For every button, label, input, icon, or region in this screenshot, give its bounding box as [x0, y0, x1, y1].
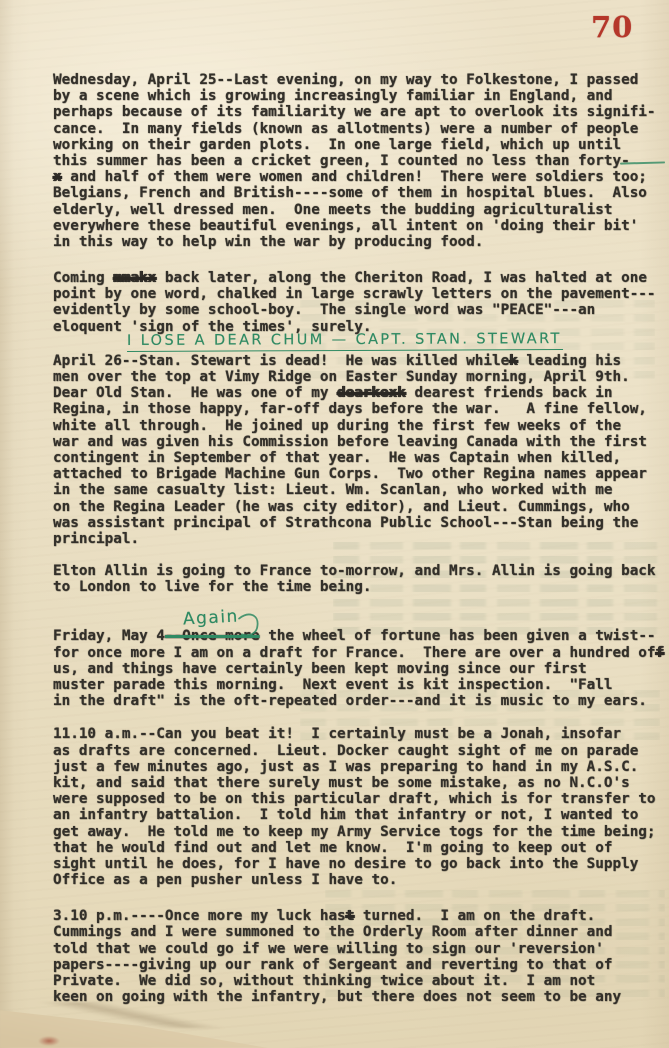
text-line: x and half of them were women and childr…	[53, 169, 665, 185]
overtyped-strikeout: f	[656, 645, 665, 661]
text-line: point by one word, chalked in large scra…	[53, 286, 665, 302]
text-line: perhaps because of its familiarity we ar…	[53, 104, 665, 120]
text-line: kit, and said that there surely must be …	[53, 775, 665, 791]
text-line: principal.	[53, 531, 665, 547]
paragraph: Coming mmakx back later, along the Cheri…	[53, 270, 665, 335]
text-line: as drafts are concerned. Lieut. Docker c…	[53, 743, 665, 759]
text-line: that he would find out and let me know. …	[53, 840, 665, 856]
overtyped-strikeout: mmakx	[113, 270, 156, 286]
typed-text: Wednesday, April 25--Last evening, on my…	[53, 72, 665, 1022]
text-line: to London to live for the time being.	[53, 579, 665, 595]
text-line: contingent in September of that year. He…	[53, 450, 665, 466]
text-line: 3.10 p.m.----Once more my luck hast turn…	[53, 908, 665, 924]
text-line: everywhere these beautiful evenings, all…	[53, 218, 665, 234]
diary-page: 70 Wednesday, April 25--Last evening, on…	[0, 0, 669, 1048]
text-line: Dear Old Stan. He was one of my dearkexk…	[53, 385, 665, 401]
paragraph: 11.10 a.m.--Can you beat it! I certainly…	[53, 726, 665, 888]
text-line: on the Regina Leader (he was city editor…	[53, 499, 665, 515]
pen-swoosh-icon	[237, 609, 269, 643]
text-line: us, and things have certainly been kept …	[53, 661, 665, 677]
text-line: was assistant principal of Strathcona Pu…	[53, 515, 665, 531]
paragraph: Friday, May 4--Once more the wheel of fo…	[53, 628, 665, 709]
page-number: 70	[591, 13, 633, 42]
text-line: Friday, May 4--Once more the wheel of fo…	[53, 628, 665, 644]
text-line: for once more I am on a draft for France…	[53, 645, 665, 661]
text-line: white all through. He joined up during t…	[53, 418, 665, 434]
text-line: an infantry battalion. I told him that i…	[53, 807, 665, 823]
text-line: war and was given his Commission before …	[53, 434, 665, 450]
text-line: Private. We did so, without thinking twi…	[53, 973, 665, 989]
overtyped-strikeout: x	[53, 169, 62, 185]
text-line: just a few minutes ago, just as I was pr…	[53, 759, 665, 775]
handwritten-again-note: Again	[183, 607, 240, 630]
paragraph: Wednesday, April 25--Last evening, on my…	[53, 72, 665, 250]
text-line: 11.10 a.m.--Can you beat it! I certainly…	[53, 726, 665, 742]
text-line: were supposed to be on this particular d…	[53, 791, 665, 807]
text-line: in the same casualty list: Lieut. Wm. Sc…	[53, 482, 665, 498]
overtyped-strikeout: t	[346, 908, 355, 924]
text-line: Elton Allin is going to France to-morrow…	[53, 563, 665, 579]
text-line: papers----giving up our rank of Sergeant…	[53, 957, 665, 973]
paragraph: April 26--Stan. Stewart is dead! He was …	[53, 353, 665, 547]
text-line: cance. In many fields (known as allotmen…	[53, 121, 665, 137]
text-line: muster parade this morning. Next event i…	[53, 677, 665, 693]
overtyped-strikeout: k	[509, 353, 518, 369]
text-line: evidently by some school-boy. The single…	[53, 302, 665, 318]
text-line: this summer has been a cricket green, I …	[53, 153, 665, 169]
text-line: Regina, in those happy, far-off days bef…	[53, 401, 665, 417]
text-line: in this way to help win the war by produ…	[53, 234, 665, 250]
text-line: sight until he does, for I have no desir…	[53, 856, 665, 872]
again-note-text: Again	[183, 607, 240, 630]
overtyped-strikeout: dearkexk	[337, 385, 406, 401]
text-line: attached to Brigade Machine Gun Corps. T…	[53, 466, 665, 482]
red-ink-smudge	[38, 1036, 60, 1046]
text-line: Wednesday, April 25--Last evening, on my…	[53, 72, 665, 88]
handwritten-heading: I LOSE A DEAR CHUM — CAPT. STAN. STEWART	[127, 331, 563, 352]
paragraph: Elton Allin is going to France to-morrow…	[53, 563, 665, 595]
text-line: Office as a pen pusher unless I have to.	[53, 872, 665, 888]
text-line: working on their garden plots. In one la…	[53, 137, 665, 153]
text-line: by a scene which is growing increasingly…	[53, 88, 665, 104]
text-line: men over the top at Vimy Ridge on Easter…	[53, 369, 665, 385]
text-line: Cummings and I were summoned to the Orde…	[53, 924, 665, 940]
text-line: in the draft" is the oft-repeated order-…	[53, 693, 665, 709]
text-line: Coming mmakx back later, along the Cheri…	[53, 270, 665, 286]
text-line: Belgians, French and British----some of …	[53, 185, 665, 201]
text-line: told that we could go if we were willing…	[53, 941, 665, 957]
paragraph: 3.10 p.m.----Once more my luck hast turn…	[53, 908, 665, 1005]
text-line: April 26--Stan. Stewart is dead! He was …	[53, 353, 665, 369]
text-line: get away. He told me to keep my Army Ser…	[53, 824, 665, 840]
text-line: elderly, well dressed men. One meets the…	[53, 202, 665, 218]
